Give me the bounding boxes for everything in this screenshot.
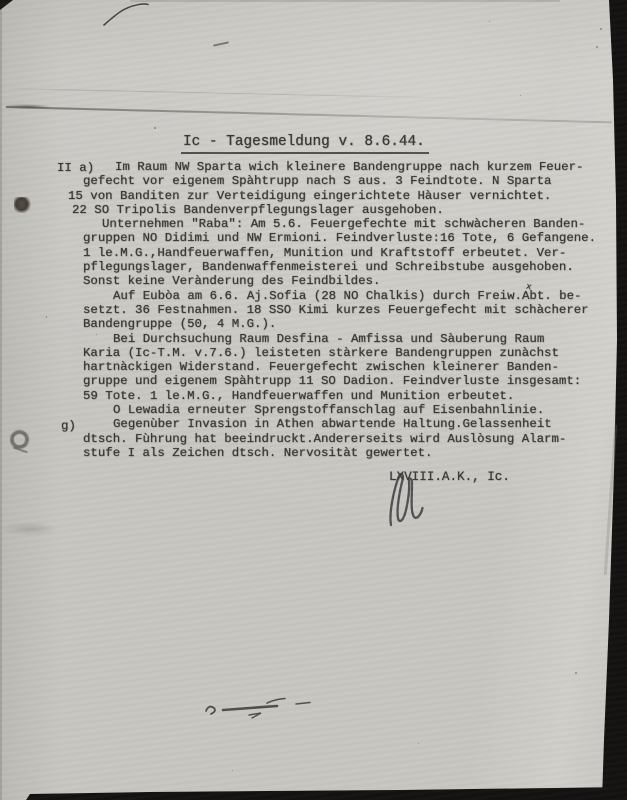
report-line: Unternehmen "Raba": Am 5.6. Feuergefecht… xyxy=(83,217,617,231)
paper-speck xyxy=(418,743,419,744)
report-line: Auf Eubòa am 6.6. Aj.Sofia (28 NO Chalki… xyxy=(83,289,617,303)
report-line: gefecht vor eigenem Spàhtrupp nach S aus… xyxy=(83,174,617,188)
paper-speck xyxy=(596,46,598,48)
crease-smudge-left xyxy=(5,103,51,109)
paper-speck xyxy=(232,770,233,771)
report-line: Im Raum NW Sparta wich kleinere Bandengr… xyxy=(83,160,617,174)
report-line: hartnàckigen Widerstand. Feuergefecht zw… xyxy=(83,360,617,374)
signature-scribble-icon xyxy=(386,472,426,528)
scan-edge-left xyxy=(0,0,2,800)
paper-speck xyxy=(600,28,602,30)
page-title: Ic - Tagesmeldung v. 8.6.44. xyxy=(181,134,429,154)
report-line: 1 le.M.G.,Handfeuerwaffen, Munition und … xyxy=(83,246,617,260)
report-line: gruppen NO Didimi und NW Ermioni. Feindv… xyxy=(83,231,617,245)
report-line: O Lewadia erneuter Sprengstoffanschlag a… xyxy=(83,403,617,417)
report-line: Sonst keine Verànderung des Feindbildes. xyxy=(83,274,617,288)
section-label-g: g) xyxy=(61,419,76,433)
report-line: Gegenùber Invasion in Athen abwartende H… xyxy=(83,417,617,431)
report-body: Im Raum NW Sparta wich kleinere Bandengr… xyxy=(83,160,617,460)
crease-line-dark xyxy=(6,106,612,123)
document-scan: Ic - Tagesmeldung v. 8.6.44. II a) g) Im… xyxy=(0,0,627,800)
punch-hole-bottom xyxy=(9,429,30,450)
report-line: pflegungslager, Bandenwaffenmeisterei un… xyxy=(83,260,617,274)
report-line: dtsch. Fùhrung hat beeindruckt.Andererse… xyxy=(83,432,617,446)
report-line: Karia (Ic-T.M. v.7.6.) leisteten stàrker… xyxy=(83,346,617,360)
paper-speck xyxy=(96,334,97,335)
smudge-left-margin xyxy=(0,522,58,536)
report-line: 22 SO Tripolis Bandenverpflegungslager a… xyxy=(72,203,617,217)
report-line: 59 Tote. 1 le.M.G., Handfeuerwaffen und … xyxy=(83,389,617,403)
paper-speck xyxy=(154,127,156,129)
report-line: stufe I als Zeichen dtsch. Nervositàt ge… xyxy=(83,446,617,460)
paper-speck xyxy=(575,672,577,674)
pencil-smudge-icon xyxy=(195,696,335,722)
punch-hole-top xyxy=(14,197,31,213)
report-line: gruppe und eigenem Spàhtrupp 11 SO Dadio… xyxy=(83,374,617,388)
report-line: Bei Durchsuchung Raum Desfina - Amfissa … xyxy=(83,332,617,346)
report-line: setzt. 36 Festnahmen. 18 SSO Kimi kurzes… xyxy=(83,303,617,317)
paper-speck xyxy=(520,95,521,96)
report-line: Bandengruppe (50, 4 M.G.). xyxy=(83,317,617,331)
report-line: 15 von Banditen zur Verteidigung eingeri… xyxy=(68,189,617,203)
scratch-mark-icon xyxy=(102,2,150,28)
paper-speck xyxy=(46,316,47,318)
scan-edge-top xyxy=(130,0,560,2)
stray-dash-mark xyxy=(213,41,229,46)
paper-speck xyxy=(489,21,490,22)
crease-line-faint xyxy=(0,88,480,99)
